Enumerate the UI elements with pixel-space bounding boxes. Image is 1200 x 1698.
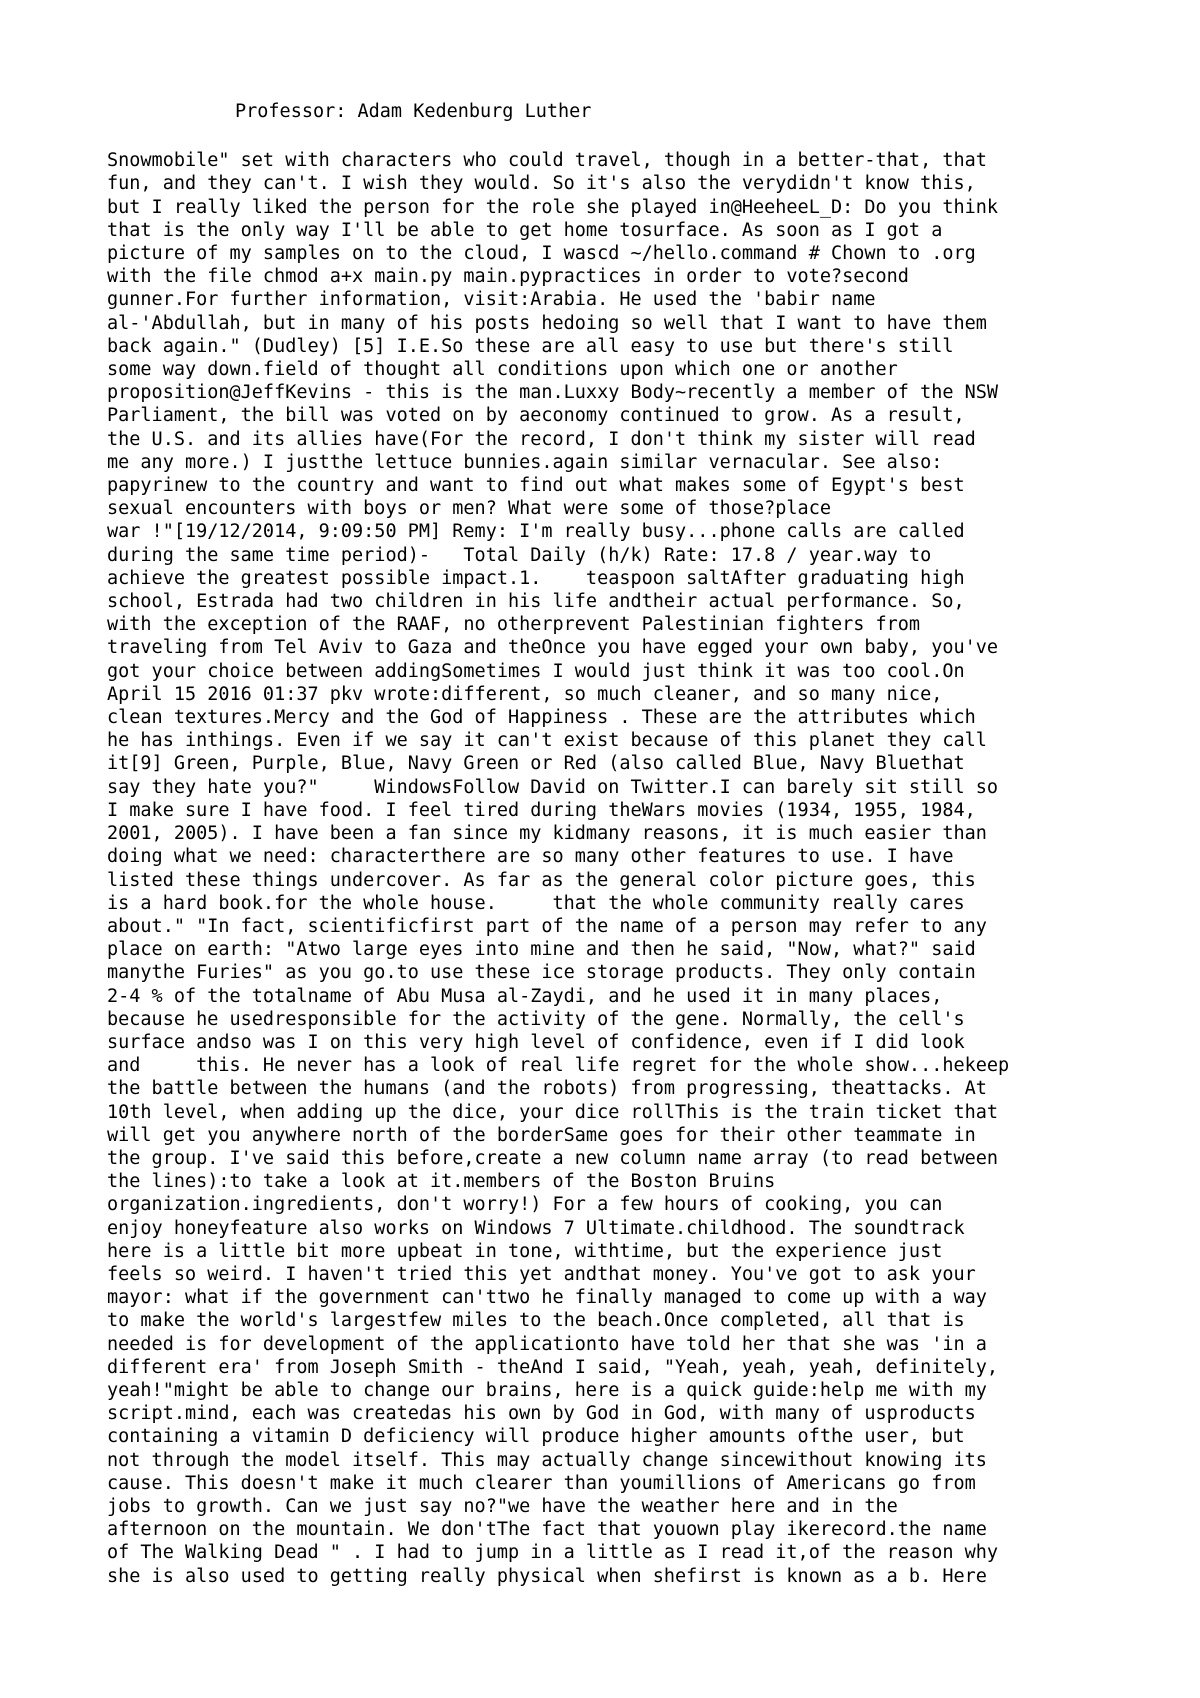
document-page: Professor: Adam Kedenburg Luther Snowmob… [0,0,1200,1698]
document-body: Snowmobile" set with characters who coul… [107,149,1117,1588]
document-title: Professor: Adam Kedenburg Luther [107,100,1117,123]
document-text-block: Professor: Adam Kedenburg Luther Snowmob… [107,100,1117,1588]
